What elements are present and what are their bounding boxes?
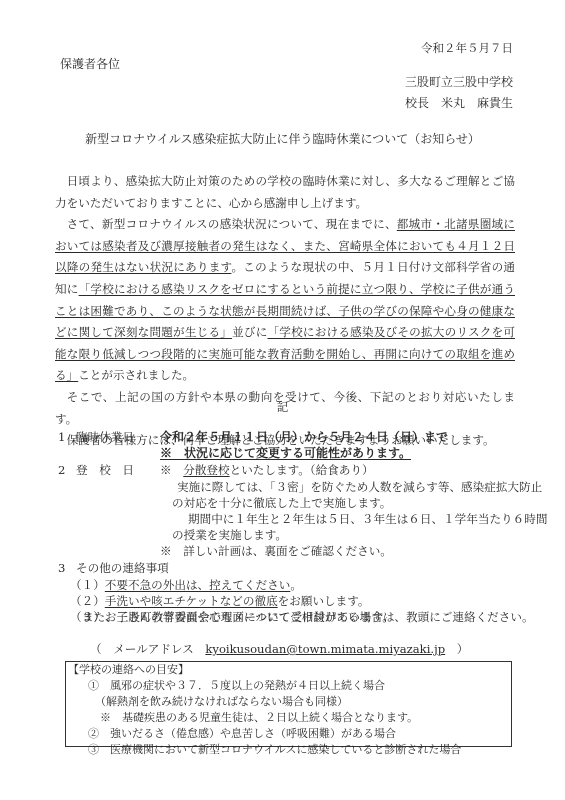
criterion-2: ② 強いだるさ（倦怠感）や息苦しさ（呼吸困難）がある場合: [88, 728, 396, 739]
document-date: 令和２年５月７日: [421, 43, 513, 55]
school-name: 三股町立三股中学校: [405, 76, 513, 88]
item2-number: 2: [58, 465, 65, 477]
item2-line2: 実施に際しては、「３密」を防ぐため人数を減らす等、感染症拡大防止: [177, 482, 542, 494]
criterion-3: ③ 医療機関において新型コロナウイルスに感染していると診断された場合: [88, 744, 461, 755]
item3-label: その他の連絡事項: [76, 563, 169, 575]
document-title: 新型コロナウイルス感染症拡大防止に伴う臨時休業について（お知らせ）: [0, 133, 565, 145]
item2-line3: の対応を十分に徹底した上で実施します。: [172, 498, 391, 510]
item1-label: 臨時休業日: [76, 432, 134, 444]
closure-change-note: ※ 状況に応じて変更する可能性があります。: [160, 447, 411, 459]
item1-number: 1: [58, 432, 65, 444]
principal-name: 校長 米丸 麻貴生: [405, 97, 513, 109]
criterion-1-note: （解熱剤を飲み続けなければならない場合も同様）: [95, 696, 348, 707]
item2-label: 登 校 日: [76, 465, 134, 477]
paragraph-situation: さて、新型コロナウイルスの感染状況について、現在までに、都城市・北諸県圏域におい…: [55, 214, 515, 387]
guideline-heading: 【学校の連絡への目安】: [68, 664, 189, 675]
bunsan-toko: 分散登校: [183, 463, 229, 477]
closure-dates: 令和２年５月１１日（月）から５月２４日（日）まで: [160, 431, 448, 443]
item3-number: 3: [58, 563, 65, 575]
item2-line4: 期間中に１年生と２年生は５日、３年生は６日、１学年当たり６時間: [188, 514, 547, 526]
item3-sub3-line2: また、三股町教育委員会でもメールにて受け付けています。: [82, 612, 394, 624]
criterion-1-extra: ※ 基礎疾患のある児童生徒は、２日以上続く場合となります。: [100, 712, 418, 723]
paragraph-greeting: 日頃より、感染拡大防止対策のための学校の臨時休業に対し、多大なるご理解とご協力を…: [55, 171, 515, 214]
email-link[interactable]: kyoikusoudan@town.mimata.miyazaki.jp: [205, 642, 445, 656]
criterion-1: ① 風邪の症状や３７．５度以上の発熱が４日以上続く場合: [88, 680, 385, 691]
item2-line1: ※ 分散登校といたします。（給食あり）: [160, 465, 374, 477]
item2-line5: の授業を実施します。: [172, 530, 287, 542]
item3-sub3-email-line: （ メールアドレス kyoikusoudan@town.mimata.miyaz…: [90, 644, 468, 656]
addressee: 保護者各位: [60, 58, 120, 70]
item3-sub2: （２）手洗いや咳エチケットなどの徹底をお願いします。: [70, 596, 370, 608]
item2-line6: ※ 詳しい計画は、裏面をご確認ください。: [160, 546, 392, 558]
item3-sub1: （１）不要不急の外出は、控えてください。: [70, 580, 302, 592]
ki-heading: 記: [0, 402, 565, 414]
